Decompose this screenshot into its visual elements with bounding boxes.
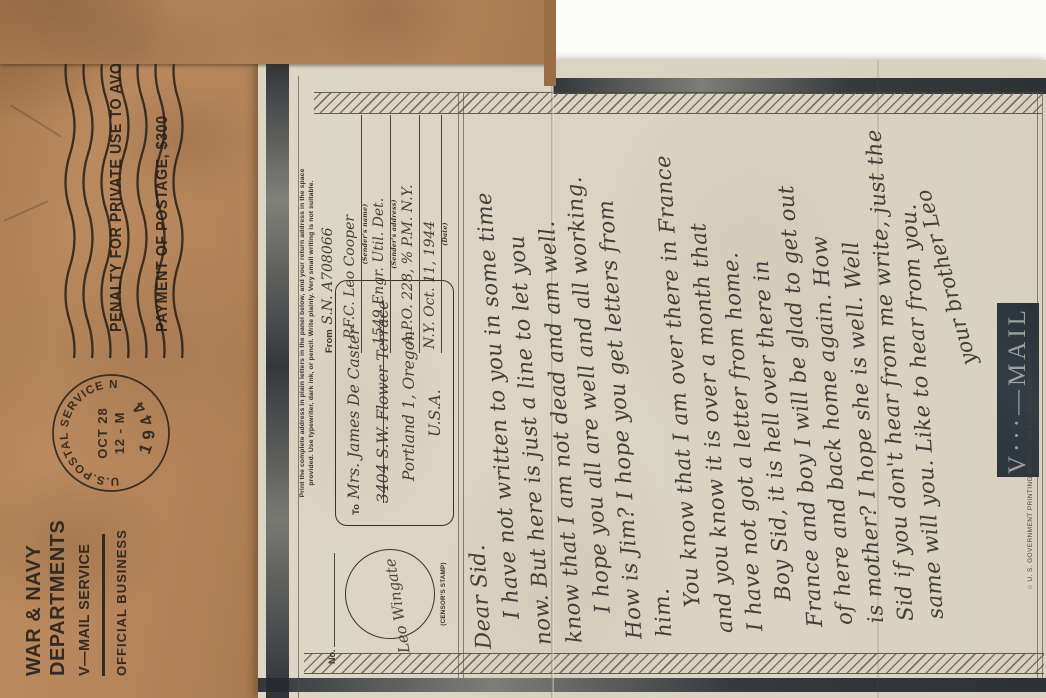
- instructions-line2: provided. Use typewriter, dark ink, or p…: [308, 98, 317, 568]
- photo-edge-top: [266, 60, 289, 698]
- form-bottom-rule-2: [1042, 92, 1043, 678]
- to-line1: Mrs. James De Caster: [345, 327, 363, 499]
- sender-address1: 1549 Engr. Util. Det.: [369, 115, 391, 353]
- gpo-imprint: ☆ U. S. GOVERNMENT PRINTING OFFICE : 194…: [1026, 160, 1034, 590]
- form-instructions: Print the complete address in plain lett…: [299, 98, 317, 568]
- return-address-block: WAR & NAVY DEPARTMENTS V—MAIL SERVICE OF…: [22, 480, 162, 676]
- envelope-flap-tab: [544, 0, 556, 86]
- sender-name-label: (Sender's name): [362, 115, 369, 353]
- scanned-vmail-photo: PENALTY FOR PRIVATE USE TO AVOID PAYMENT…: [0, 0, 1046, 698]
- to-label: To: [351, 504, 362, 515]
- postmark-date: OCT 28: [95, 407, 110, 459]
- censor-stamp-label: (CENSOR'S STAMP): [440, 532, 447, 656]
- postmark-year: 1944: [125, 393, 159, 457]
- divider-rule: [102, 534, 105, 676]
- sender-address-label: (Sender's address): [391, 115, 398, 353]
- sender-serial: S.N. A708066: [320, 227, 336, 324]
- postmark-time: 12 - M: [112, 412, 127, 455]
- number-field: No.: [324, 553, 337, 664]
- vmail-service-label: V—MAIL SERVICE: [77, 480, 93, 676]
- war-navy-line1: WAR & NAVY: [22, 480, 46, 676]
- envelope-top-edge: [0, 0, 552, 64]
- svg-text:1944: 1944: [125, 393, 159, 457]
- official-business-label: OFFICIAL BUSINESS: [114, 480, 129, 676]
- photo-edge-left: [258, 678, 1046, 692]
- sender-address2: A.P.O. 228, % P.M. N.Y.: [398, 115, 420, 353]
- no-blank-line: [324, 553, 335, 647]
- sender-name: P.F.C. Leo Cooper: [340, 115, 362, 353]
- hatched-border-left: [304, 653, 1044, 674]
- sender-panel: From S.N. A708066 P.F.C. Leo Cooper (Sen…: [318, 115, 449, 353]
- war-navy-line2: DEPARTMENTS: [46, 480, 70, 676]
- no-label: No.: [327, 650, 337, 665]
- vmail-letter-sheet: Print the complete address in plain lett…: [258, 60, 1046, 698]
- from-label: From: [324, 329, 335, 353]
- instructions-line1: Print the complete address in plain lett…: [299, 98, 308, 568]
- message-body: Dear Sid. I have not written to you in s…: [434, 74, 952, 650]
